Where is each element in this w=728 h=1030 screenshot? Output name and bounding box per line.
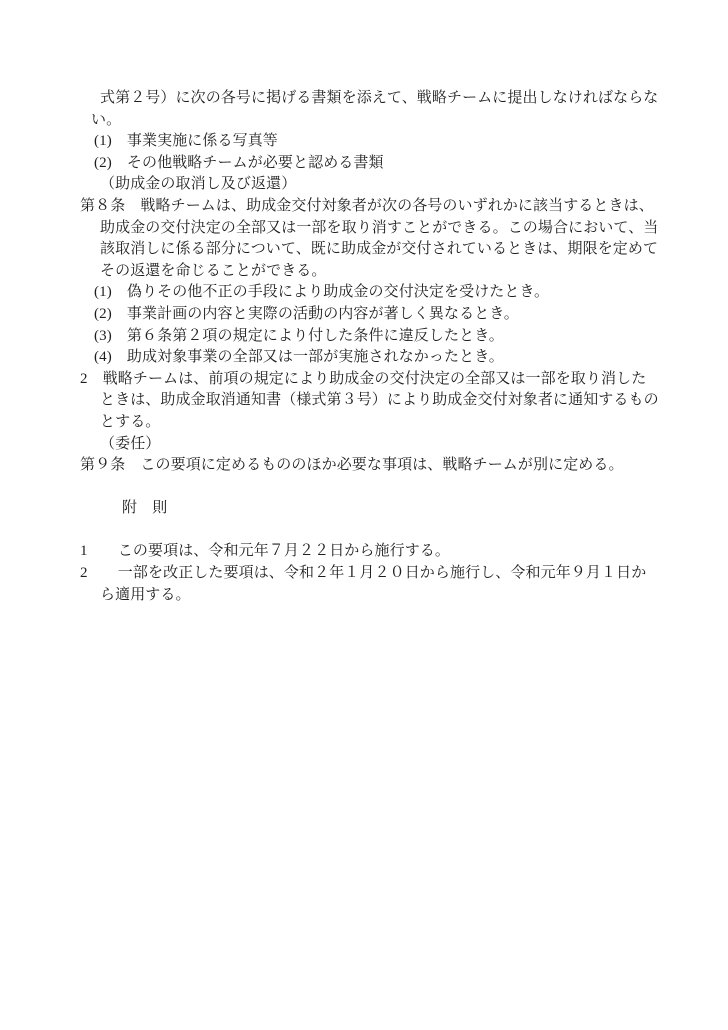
paragraph-continuation-line: い。 xyxy=(80,110,680,132)
section-heading-delegation: （委任） xyxy=(80,434,680,456)
item-line-1: (1) 事業実施に係る写真等 xyxy=(80,131,680,153)
paragraph-continuation-line: 式第２号）に次の各号に掲げる書類を添えて、戦略チームに提出しなければならな xyxy=(80,88,680,110)
item-line-2: (2) その他戦略チームが必要と認める書類 xyxy=(80,153,680,175)
appendix-item-1: 1 この要項は、令和元年７月２２日から施行する。 xyxy=(80,541,680,563)
item-line-3: (3) 第６条第２項の規定により付した条件に違反したとき。 xyxy=(80,326,680,348)
article-8-continuation: 助成金の交付決定の全部又は一部を取り消すことができる。この場合において、当 xyxy=(80,218,680,240)
document-page: 式第２号）に次の各号に掲げる書類を添えて、戦略チームに提出しなければならな い。… xyxy=(0,0,728,1030)
article-9-line: 第９条 この要項に定めるもののほか必要な事項は、戦略チームが別に定める。 xyxy=(80,455,680,477)
appendix-heading: 附 則 xyxy=(80,498,680,520)
blank-line xyxy=(80,477,680,499)
blank-line xyxy=(80,520,680,542)
paragraph-2-line: 2 戦略チームは、前項の規定により助成金の交付決定の全部又は一部を取り消した xyxy=(80,369,680,391)
paragraph-2-continuation: とする。 xyxy=(80,412,680,434)
article-8-line: 第８条 戦略チームは、助成金交付対象者が次の各号のいずれかに該当するときは、 xyxy=(80,196,680,218)
section-heading-cancellation: （助成金の取消し及び返還） xyxy=(80,174,680,196)
item-line-4: (4) 助成対象事業の全部又は一部が実施されなかったとき。 xyxy=(80,347,680,369)
document-text-block: 式第２号）に次の各号に掲げる書類を添えて、戦略チームに提出しなければならな い。… xyxy=(80,88,680,606)
article-8-continuation: 該取消しに係る部分について、既に助成金が交付されているときは、期限を定めて xyxy=(80,239,680,261)
item-line-2: (2) 事業計画の内容と実際の活動の内容が著しく異なるとき。 xyxy=(80,304,680,326)
item-line-1: (1) 偽りその他不正の手段により助成金の交付決定を受けたとき。 xyxy=(80,282,680,304)
paragraph-2-continuation: ときは、助成金取消通知書（様式第３号）により助成金交付対象者に通知するもの xyxy=(80,390,680,412)
article-8-continuation: その返還を命じることができる。 xyxy=(80,261,680,283)
appendix-item-2: 2 一部を改正した要項は、令和２年１月２０日から施行し、令和元年９月１日か xyxy=(80,563,680,585)
appendix-item-2-continuation: ら適用する。 xyxy=(80,585,680,607)
